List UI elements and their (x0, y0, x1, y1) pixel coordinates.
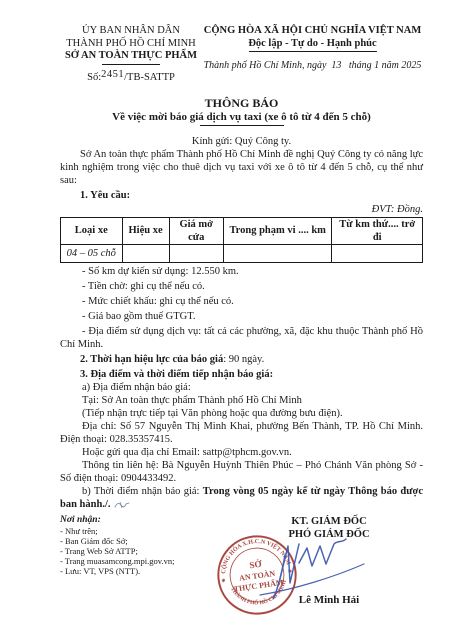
col-header-gia-mo-cua: Giá mở cửa (169, 217, 223, 244)
salutation: Kính gửi: Quý Công ty. (60, 135, 423, 148)
national-title: CỘNG HÒA XÃ HỘI CHỦ NGHĨA VIỆT NAM (202, 25, 423, 38)
agency-parent-line2: THÀNH PHỐ HỒ CHÍ MINH (60, 38, 202, 51)
section-3-heading: 3. Địa điểm và thời điểm tiếp nhận báo g… (60, 368, 423, 381)
section-1-heading: 1. Yêu cầu: (60, 189, 423, 202)
bullet-waiting-fee: - Tiền chờ: ghi cụ thể nếu có. (60, 280, 423, 293)
section-2-heading: 2. Thời hạn hiệu lực của báo giá: 90 ngà… (60, 353, 423, 366)
cell-hieu-xe (122, 244, 169, 262)
bullet-discount: - Mức chiết khấu: ghi cụ thể nếu có. (60, 295, 423, 308)
intro-paragraph: Sở An toàn thực phẩm Thành phố Hồ Chí Mi… (60, 148, 423, 187)
col-header-loai-xe: Loại xe (61, 217, 123, 244)
recipients-block: Nơi nhận: - Như trên; - Ban Giám đốc Sở;… (60, 515, 203, 607)
stamp-star-left-icon: ✱ (221, 577, 226, 584)
para-b-normal: b) Thời điểm nhận báo giá: (82, 486, 203, 497)
recipient-item: - Ban Giám đốc Sở; (60, 536, 203, 546)
signature-block: KT. GIÁM ĐỐC PHÓ GIÁM ĐỐC CỘNG HÒA X.H.C… (203, 515, 423, 607)
recipient-item: - Trang muasamcong.mpi.gov.vn; (60, 556, 203, 566)
place-date-line: Thành phố Hồ Chí Minh, ngày 13 tháng 1 n… (202, 59, 423, 72)
national-motto: Độc lập - Tự do - Hạnh phúc (202, 38, 423, 51)
para-email: Hoặc gửi qua địa chỉ Email: sattp@tphcm.… (60, 446, 423, 459)
recipients-heading: Nơi nhận: (60, 515, 203, 525)
document-title: THÔNG BÁO (60, 96, 423, 110)
col-header-trong-pham-vi: Trong phạm vi .... km (223, 217, 332, 244)
para-receive-method: (Tiếp nhận trực tiếp tại Văn phòng hoặc … (60, 407, 423, 420)
title-block: THÔNG BÁO Về việc mời báo giá dịch vụ ta… (60, 96, 423, 126)
agency-underline (102, 64, 160, 65)
para-location: Tại: Sở An toàn thực phẩm Thành phố Hồ C… (60, 394, 423, 407)
section-2-rest: : 90 ngày. (223, 354, 264, 365)
cell-tu-km-thu (332, 244, 423, 262)
agency-name: SỞ AN TOÀN THỰC PHẨM (60, 50, 202, 63)
document-number-value: 2451 (101, 69, 124, 80)
bullet-km-usage: - Số km dự kiến sử dụng: 12.550 km. (60, 265, 423, 278)
cell-gia-mo-cua (169, 244, 223, 262)
issuing-agency-block: ỦY BAN NHÂN DÂN THÀNH PHỐ HỒ CHÍ MINH SỞ… (60, 25, 202, 84)
col-header-hieu-xe: Hiệu xe (122, 217, 169, 244)
quote-table: Loại xe Hiệu xe Giá mở cửa Trong phạm vi… (60, 217, 423, 263)
recipient-item: - Như trên; (60, 526, 203, 536)
table-header-row: Loại xe Hiệu xe Giá mở cửa Trong phạm vi… (61, 217, 423, 244)
para-contact: Thông tin liên hệ: Bà Nguyễn Huỳnh Thiên… (60, 459, 423, 485)
signer-title-line1: KT. GIÁM ĐỐC (235, 515, 423, 529)
handwritten-initial-mark (114, 500, 130, 509)
table-row: 04 – 05 chỗ (61, 244, 423, 262)
document-number-prefix: Số: (87, 72, 101, 83)
agency-parent-line1: ỦY BAN NHÂN DÂN (60, 25, 202, 38)
para-address: Địa chỉ: Số 57 Nguyễn Thị Minh Khai, phư… (60, 420, 423, 446)
cell-trong-pham-vi (223, 244, 332, 262)
document-page: ỦY BAN NHÂN DÂN THÀNH PHỐ HỒ CHÍ MINH SỞ… (0, 0, 450, 636)
bullet-service-area: - Địa điểm sử dụng dịch vụ: tất cả các p… (60, 325, 423, 351)
recipient-item: - Trang Web Sở ATTP; (60, 546, 203, 556)
para-a-location-heading: a) Địa điểm nhận báo giá: (60, 381, 423, 394)
document-footer: Nơi nhận: - Như trên; - Ban Giám đốc Sở;… (60, 515, 423, 607)
document-number-suffix: /TB-SATTP (124, 72, 175, 83)
document-subtitle: Về việc mời báo giá dịch vụ taxi (xe ô t… (60, 110, 423, 125)
col-header-tu-km-thu: Từ km thứ.... trở đi (332, 217, 423, 244)
unit-note: ĐVT: Đồng. (60, 203, 423, 216)
recipient-item: - Lưu: VT, VPS (NTT). (60, 566, 203, 576)
signature-stroke (260, 564, 364, 595)
para-b-deadline: b) Thời điểm nhận báo giá: Trong vòng 05… (60, 485, 423, 511)
document-header: ỦY BAN NHÂN DÂN THÀNH PHỐ HỒ CHÍ MINH SỞ… (60, 25, 423, 84)
handwritten-signature (258, 537, 374, 599)
cell-loai-xe: 04 – 05 chỗ (61, 244, 123, 262)
subtitle-underline (200, 125, 284, 126)
document-number: Số:2451/TB-SATTP (60, 71, 202, 84)
motto-underline (249, 51, 377, 52)
national-motto-block: CỘNG HÒA XÃ HỘI CHỦ NGHĨA VIỆT NAM Độc l… (202, 25, 423, 84)
bullet-vat: - Giá bao gồm thuế GTGT. (60, 310, 423, 323)
signature-stroke (299, 539, 346, 566)
section-2-bold: 2. Thời hạn hiệu lực của báo giá (80, 354, 223, 365)
